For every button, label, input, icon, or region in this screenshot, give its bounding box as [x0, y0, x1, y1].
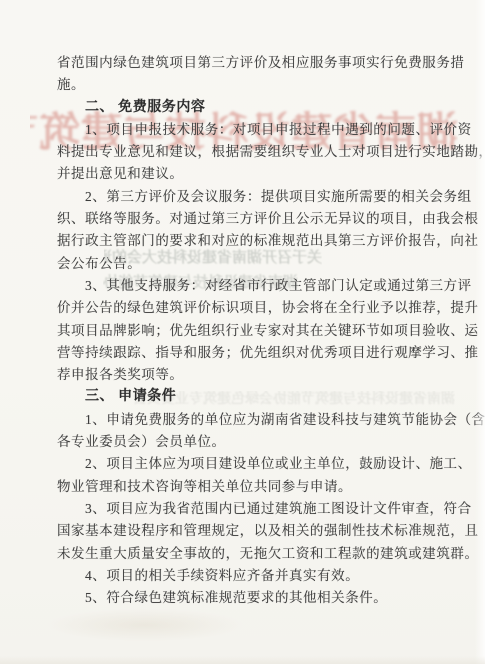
document-line: 荐申报各类奖项等。	[57, 364, 457, 386]
section-heading-free-services: 二、 免费服务内容	[57, 97, 457, 119]
scan-edge-bottom	[0, 656, 485, 664]
document-line: 据行政主管部门的要求和对应的标准规范出具第三方评价报告，向社	[57, 230, 457, 252]
document-line: 2、第三方评价及会议服务：提供项目实施所需要的相关会务组	[57, 186, 457, 208]
paper-smudge	[45, 608, 245, 642]
document-line: 3、其他支持服务：对经省市行政主管部门认定或通过第三方评	[57, 275, 457, 297]
document-line: 施。	[57, 74, 457, 96]
document-line: 5、符合绿色建筑标准规范要求的其他相关条件。	[57, 587, 457, 609]
document-line: 各专业委员会）会员单位。	[57, 431, 457, 453]
document-line: 国家基本建设程序和管理规定，以及相关的强制性技术标准规范，且	[57, 520, 457, 542]
scan-edge-right	[475, 0, 485, 664]
document-line: 织、联络等服务。对通过第三方评价且公示无异议的项目，由我会根	[57, 208, 457, 230]
document-body: 省范围内绿色建筑项目第三方评价及相应服务事项实行免费服务措 施。 二、 免费服务…	[57, 52, 457, 609]
document-line: 1、项目申报技术服务：对项目申报过程中遇到的问题、评价资	[57, 119, 457, 141]
document-line: 会公布公告。	[57, 253, 457, 275]
document-line: 料提出专业意见和建议，根据需要组织专业人士对项目进行实地踏勘，	[57, 141, 457, 163]
document-line: 3、项目应为我省范围内已通过建筑施工图设计文件审查，符合	[57, 498, 457, 520]
document-page: 湖南省建设科技与建筑节能协会文件 关于召开湖南省建设科技大会的通知 湖南省建设科…	[0, 0, 485, 664]
section-heading-application-conditions: 三、 申请条件	[57, 386, 457, 408]
document-line: 4、项目的相关手续资料应齐备并真实有效。	[57, 565, 457, 587]
document-line: 2、项目主体应为项目建设单位或业主单位，鼓励设计、施工、	[57, 453, 457, 475]
document-line: 1、申请免费服务的单位应为湖南省建设科技与建筑节能协会（含	[57, 409, 457, 431]
document-line: 未发生重大质量安全事故的，无拖欠工资和工程款的建筑或建筑群。	[57, 543, 457, 565]
document-line: 物业管理和技术咨询等相关单位共同参与申请。	[57, 476, 457, 498]
document-line: 并提出意见和建议。	[57, 163, 457, 185]
document-line: 省范围内绿色建筑项目第三方评价及相应服务事项实行免费服务措	[57, 52, 457, 74]
document-line: 价并公告的绿色建筑评价标识项目，协会将在全行业予以推荐，提升	[57, 297, 457, 319]
document-line: 其项目品牌影响；优先组织行业专家对其在关键环节如项目验收、运	[57, 320, 457, 342]
document-line: 营等持续跟踪、指导和服务；优先组织对优秀项目进行观摩学习、推	[57, 342, 457, 364]
